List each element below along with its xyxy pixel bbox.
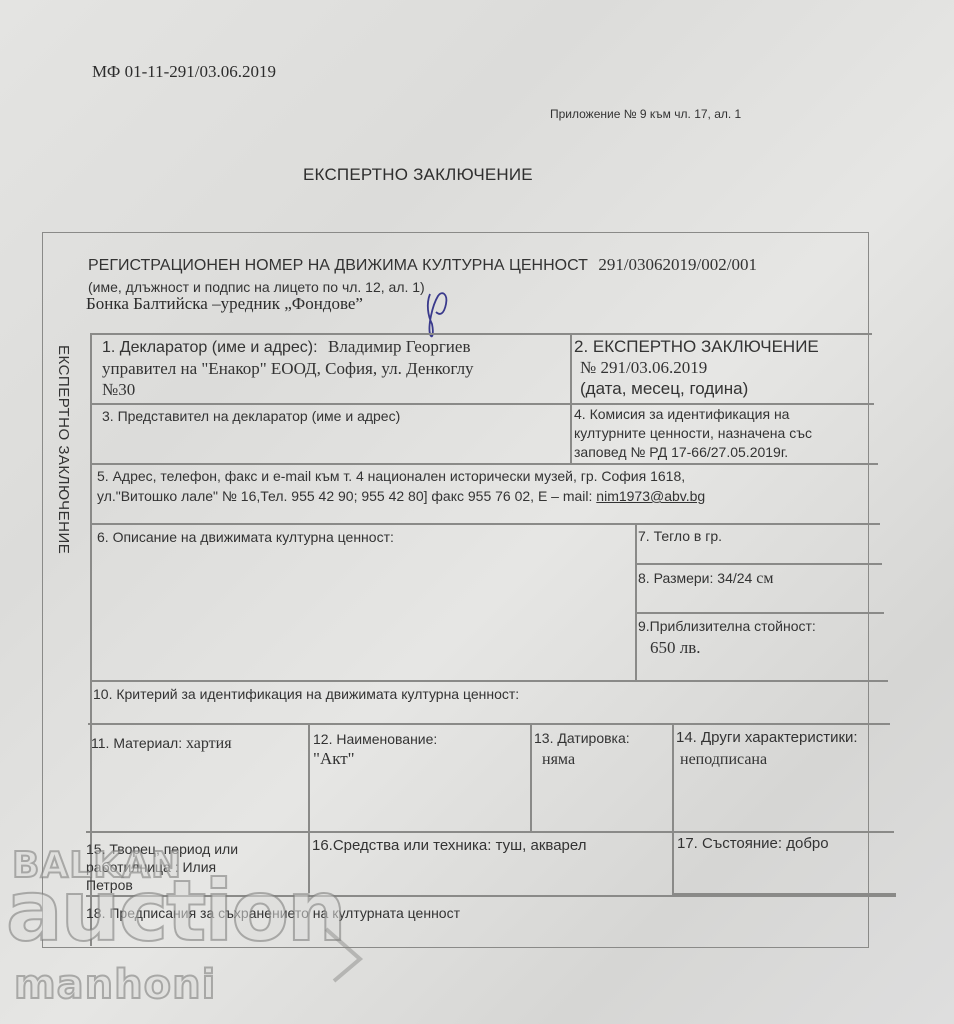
registration-number: 291/03062019/002/001 [598,255,757,274]
page-title: ЕКСПЕРТНО ЗАКЛЮЧЕНИЕ [303,165,533,185]
expert-opinion-note: (дата, месец, година) [580,378,874,399]
registration-label: РЕГИСТРАЦИОНЕН НОМЕР НА ДВИЖИМА КУЛТУРНА… [88,257,588,274]
contact-address: 5. Адрес, телефон, факс и e-mail към т. … [97,466,705,486]
registration-line: РЕГИСТРАЦИОНЕН НОМЕР НА ДВИЖИМА КУЛТУРНА… [88,254,757,276]
field-dating: 13. Датировка: няма [534,728,630,770]
field-technique: 16.Средства или техника: туш, акварел [312,836,587,856]
watermark-arrow-icon [320,925,370,985]
field-representative: 3. Представител на декларатор (име и адр… [102,406,400,426]
side-label: ЕКСПЕРТНО ЗАКЛЮЧЕНИЕ [50,345,72,625]
dating-value: няма [542,750,630,770]
expert-opinion-number: № 291/03.06.2019 [580,357,874,378]
declarant-address-number: №30 [102,379,570,400]
field-material: 11. Материал: хартия [91,733,232,754]
row-divider [636,612,884,614]
field-name: 12. Наименование: "Акт" [313,729,437,769]
dating-label: 13. Датировка: [534,728,630,748]
row-divider [636,563,882,565]
name-label: 12. Наименование: [313,729,437,749]
approx-value-label: 9.Приблизителна стойност: [638,616,816,636]
row-divider [92,523,880,525]
declarant-name: Владимир Георгиев [328,337,470,356]
row-divider [90,680,888,682]
row-divider [88,723,890,725]
name-value: "Акт" [313,749,437,769]
contact-phones: ул."Витошко лале" № 16,Тел. 955 42 90; 9… [97,488,596,504]
annex-reference: Приложение № 9 към чл. 17, ал. 1 [550,107,741,121]
watermark-auction: auction [6,862,345,960]
commission-line: културните ценности, назначена със [574,424,812,443]
row-divider [92,333,872,335]
col-divider [530,723,532,831]
material-label: 11. Материал: [91,735,186,751]
dimensions-unit: см [756,570,773,587]
field-expert-opinion: 2. ЕКСПЕРТНО ЗАКЛЮЧЕНИЕ № 291/03.06.2019… [574,336,874,399]
expert-opinion-label: 2. ЕКСПЕРТНО ЗАКЛЮЧЕНИЕ [574,336,874,357]
watermark-manhoni: manhoni [14,962,216,1008]
field-dimensions: 8. Размери: 34/24 см [638,568,773,589]
field-condition: 17. Състояние: добро [677,834,829,854]
field-weight: 7. Тегло в гр. [638,526,722,546]
col-divider [570,333,572,463]
field-commission: 4. Комисия за идентификация на културнит… [574,405,812,462]
col-divider [635,523,637,680]
field-criterion: 10. Критерий за идентификация на движима… [93,684,519,704]
row-divider [86,831,894,833]
declarant-address: управител на "Енакор" ЕООД, София, ул. Д… [102,358,570,379]
field-other-characteristics: 14. Други характеристики: неподписана [676,728,858,770]
field-declarant: 1. Декларатор (име и адрес): Владимир Ге… [102,336,570,400]
field-description: 6. Описание на движимата културна ценнос… [97,527,394,547]
commission-order: заповед № РД 17-66/27.05.2019г. [574,443,812,462]
dimensions-label: 8. Размери: 34/24 [638,570,756,586]
registration-person: Бонка Балтийска –уредник „Фондове” [86,294,363,314]
other-characteristics-label: 14. Други характеристики: [676,728,858,748]
field-approx-value: 9.Приблизителна стойност: 650 лв. [638,616,816,658]
declarant-label: 1. Декларатор (име и адрес): [102,339,318,356]
row-divider [92,463,878,465]
other-characteristics-value: неподписана [680,750,858,770]
field-contact: 5. Адрес, телефон, факс и e-mail към т. … [97,466,705,506]
material-value: хартия [186,735,232,752]
approx-value-amount: 650 лв. [650,638,816,658]
document-reference: МФ 01-11-291/03.06.2019 [92,62,276,82]
contact-email-link[interactable]: nim1973@abv.bg [596,488,705,504]
col-divider [672,723,674,895]
commission-line: 4. Комисия за идентификация на [574,405,812,424]
